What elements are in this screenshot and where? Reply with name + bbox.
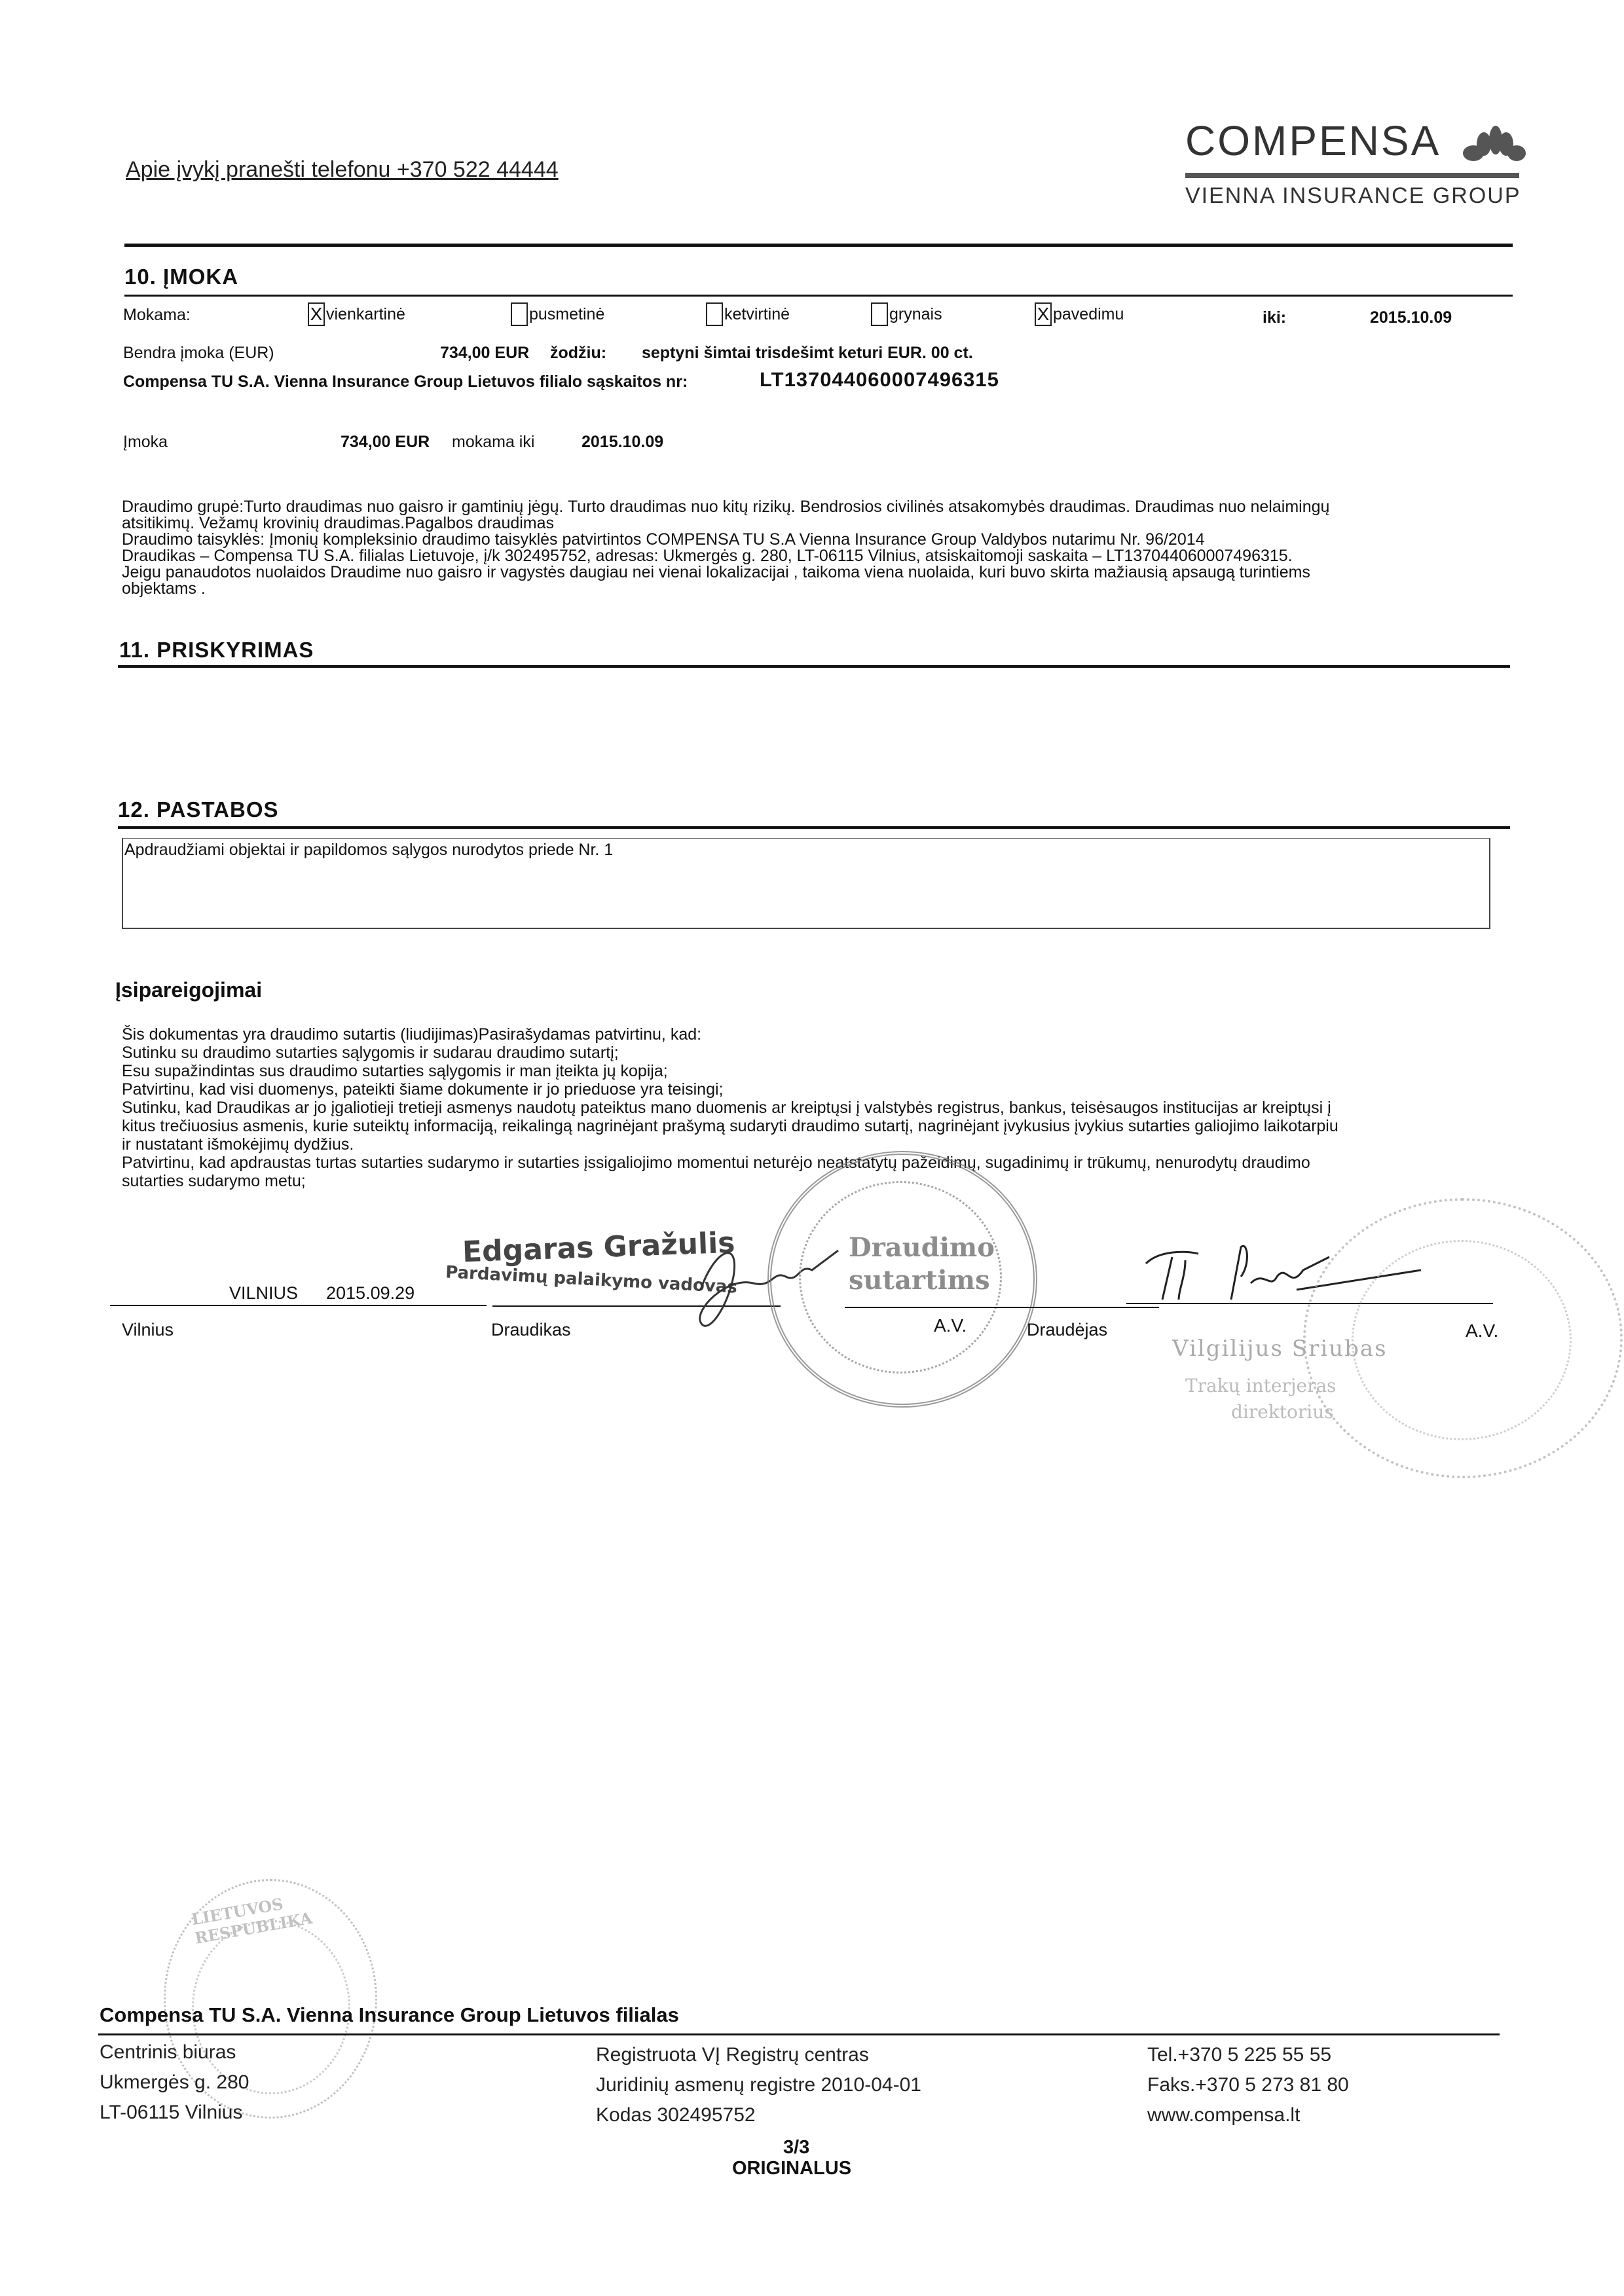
checkbox-pusmetine[interactable]: pusmetinė: [511, 302, 604, 326]
footer-registry-line: Kodas 302495752: [596, 2100, 921, 2130]
due-label: iki:: [1263, 308, 1286, 327]
checkbox-grynais[interactable]: grynais: [871, 302, 942, 326]
insured-label: Draudėjas: [1027, 1320, 1107, 1339]
footer-contacts: Tel.+370 5 225 55 55 Faks.+370 5 273 81 …: [1147, 2040, 1349, 2130]
section-12-title: 12. PASTABOS: [118, 797, 279, 822]
commitment-line: Patvirtinu, kad apdraustas turtas sutart…: [122, 1154, 1338, 1172]
installment-due-label: mokama iki: [452, 432, 534, 452]
footer-registry-line: Registruota VĮ Registrų centras: [596, 2040, 921, 2070]
footer-registry: Registruota VĮ Registrų centras Juridini…: [596, 2040, 921, 2130]
report-incident-phone-line[interactable]: Apie įvykį pranešti telefonu +370 522 44…: [126, 157, 559, 183]
insurer-seal-line: [845, 1307, 1159, 1308]
commitment-line: Patvirtinu, kad visi duomenys, pateikti …: [122, 1080, 1338, 1099]
note-line: Jeigu panaudotos nuolaidos Draudime nuo …: [122, 564, 1329, 581]
footer-address-line: Ukmergės g. 280: [100, 2068, 249, 2098]
section-10-title: 10. ĮMOKA: [124, 264, 238, 289]
checkbox-box[interactable]: [511, 302, 528, 326]
commitment-line: ir nustatant išmokėjimų dydžius.: [122, 1135, 1338, 1154]
section-11-divider: [118, 665, 1510, 668]
checkbox-pavedimu[interactable]: X pavedimu: [1035, 302, 1124, 326]
logo-divider: [1185, 173, 1519, 178]
footer-fax: Faks.+370 5 273 81 80: [1147, 2070, 1349, 2100]
footer-phone: Tel.+370 5 225 55 55: [1147, 2040, 1349, 2070]
flower-logo-icon: [1460, 124, 1526, 164]
place-date-line: [110, 1305, 487, 1306]
page-number: 3/3: [783, 2137, 809, 2159]
footer-divider: [98, 2033, 1500, 2035]
note-line: Draudikas – Compensa TU S.A. filialas Li…: [122, 548, 1329, 564]
installment-due-date: 2015.10.09: [581, 432, 663, 452]
checkbox-box[interactable]: [706, 302, 723, 326]
logo-subtitle: VIENNA INSURANCE GROUP: [1185, 183, 1521, 209]
commitment-line: Esu supažindintas sus draudimo sutarties…: [122, 1062, 1338, 1080]
checkbox-label: grynais: [889, 304, 942, 324]
note-line: atsitikimų. Vežamų krovinių draudimas.Pa…: [122, 515, 1329, 532]
account-number: LT137044060007496315: [760, 368, 999, 392]
insurance-notes: Draudimo grupė:Turto draudimas nuo gaisr…: [122, 499, 1329, 597]
footer-address-line: LT-06115 Vilnius: [100, 2098, 249, 2128]
header-divider: [124, 244, 1513, 247]
total-premium-label: Bendra įmoka (EUR): [123, 343, 274, 363]
insurer-stamp: Draudimo sutartims: [767, 1151, 1037, 1408]
note-line: Draudimo taisyklės: Įmonių kompleksinio …: [122, 532, 1329, 548]
footer-website[interactable]: www.compensa.lt: [1147, 2100, 1349, 2130]
commitment-line: kitus trečiuosius asmenis, kurie suteikt…: [122, 1117, 1338, 1135]
installment-label: Įmoka: [123, 432, 168, 452]
signing-place: VILNIUS: [229, 1283, 298, 1303]
checkbox-vienkartine[interactable]: X vienkartinė: [308, 302, 405, 326]
signing-date: 2015.09.29: [326, 1283, 415, 1303]
commitments-text: Šis dokumentas yra draudimo sutartis (li…: [122, 1025, 1338, 1190]
place-label: Vilnius: [122, 1320, 174, 1339]
remarks-box: Apdraudžiami objektai ir papildomos sąly…: [122, 838, 1490, 929]
insured-stamp-line-2: direktorius: [1231, 1401, 1334, 1423]
checkbox-label: vienkartinė: [326, 304, 405, 324]
commitments-title: Įsipareigojimai: [115, 978, 262, 1002]
footer-address: Centrinis biuras Ukmergės g. 280 LT-0611…: [100, 2037, 249, 2128]
account-label: Compensa TU S.A. Vienna Insurance Group …: [123, 372, 688, 392]
installment-amount: 734,00 EUR: [341, 432, 430, 452]
footer-registry-line: Juridinių asmenų registre 2010-04-01: [596, 2070, 921, 2100]
amount-in-words: septyni šimtai trisdešimt keturi EUR. 00…: [642, 343, 973, 363]
commitment-line: sutarties sudarymo metu;: [122, 1172, 1338, 1190]
commitment-line: Šis dokumentas yra draudimo sutartis (li…: [122, 1025, 1338, 1044]
footer-company: Compensa TU S.A. Vienna Insurance Group …: [100, 2003, 679, 2027]
commitment-line: Sutinku, kad Draudikas ar jo įgaliotieji…: [122, 1099, 1338, 1117]
payment-frequency-label: Mokama:: [123, 305, 191, 325]
in-words-label: žodžiu:: [550, 343, 606, 363]
checkbox-box[interactable]: X: [308, 302, 325, 326]
insurer-label: Draudikas: [491, 1320, 571, 1339]
remarks-text: Apdraudžiami objektai ir papildomos sąly…: [123, 839, 1489, 860]
checkbox-label: ketvirtinė: [724, 304, 790, 324]
checkbox-ketvirtine[interactable]: ketvirtinė: [706, 302, 790, 326]
total-premium-amount: 734,00 EUR: [440, 343, 529, 363]
section-11-title: 11. PRISKYRIMAS: [119, 638, 314, 663]
due-date: 2015.10.09: [1370, 308, 1452, 327]
original-mark: ORIGINALUS: [732, 2158, 851, 2179]
checkbox-box[interactable]: [871, 302, 888, 326]
section-12-divider: [118, 826, 1510, 829]
insurer-seat-mark: A.V.: [934, 1316, 967, 1336]
commitment-line: Sutinku su draudimo sutarties sąlygomis …: [122, 1044, 1338, 1062]
section-10-divider: [124, 295, 1513, 297]
compensa-logo: COMPENSA VIENNA INSURANCE GROUP: [1185, 118, 1513, 164]
footer-address-line: Centrinis biuras: [100, 2037, 249, 2068]
checkbox-label: pusmetinė: [529, 304, 604, 324]
insured-stamp-name: Vilgilijus Sriubas: [1172, 1336, 1388, 1362]
insured-seat-mark: A.V.: [1466, 1321, 1498, 1341]
checkbox-label: pavedimu: [1053, 304, 1124, 324]
note-line: Draudimo grupė:Turto draudimas nuo gaisr…: [122, 499, 1329, 515]
note-line: objektams .: [122, 581, 1329, 597]
insured-stamp-line-1: Trakų interjeras: [1185, 1375, 1337, 1396]
checkbox-box[interactable]: X: [1035, 302, 1052, 326]
